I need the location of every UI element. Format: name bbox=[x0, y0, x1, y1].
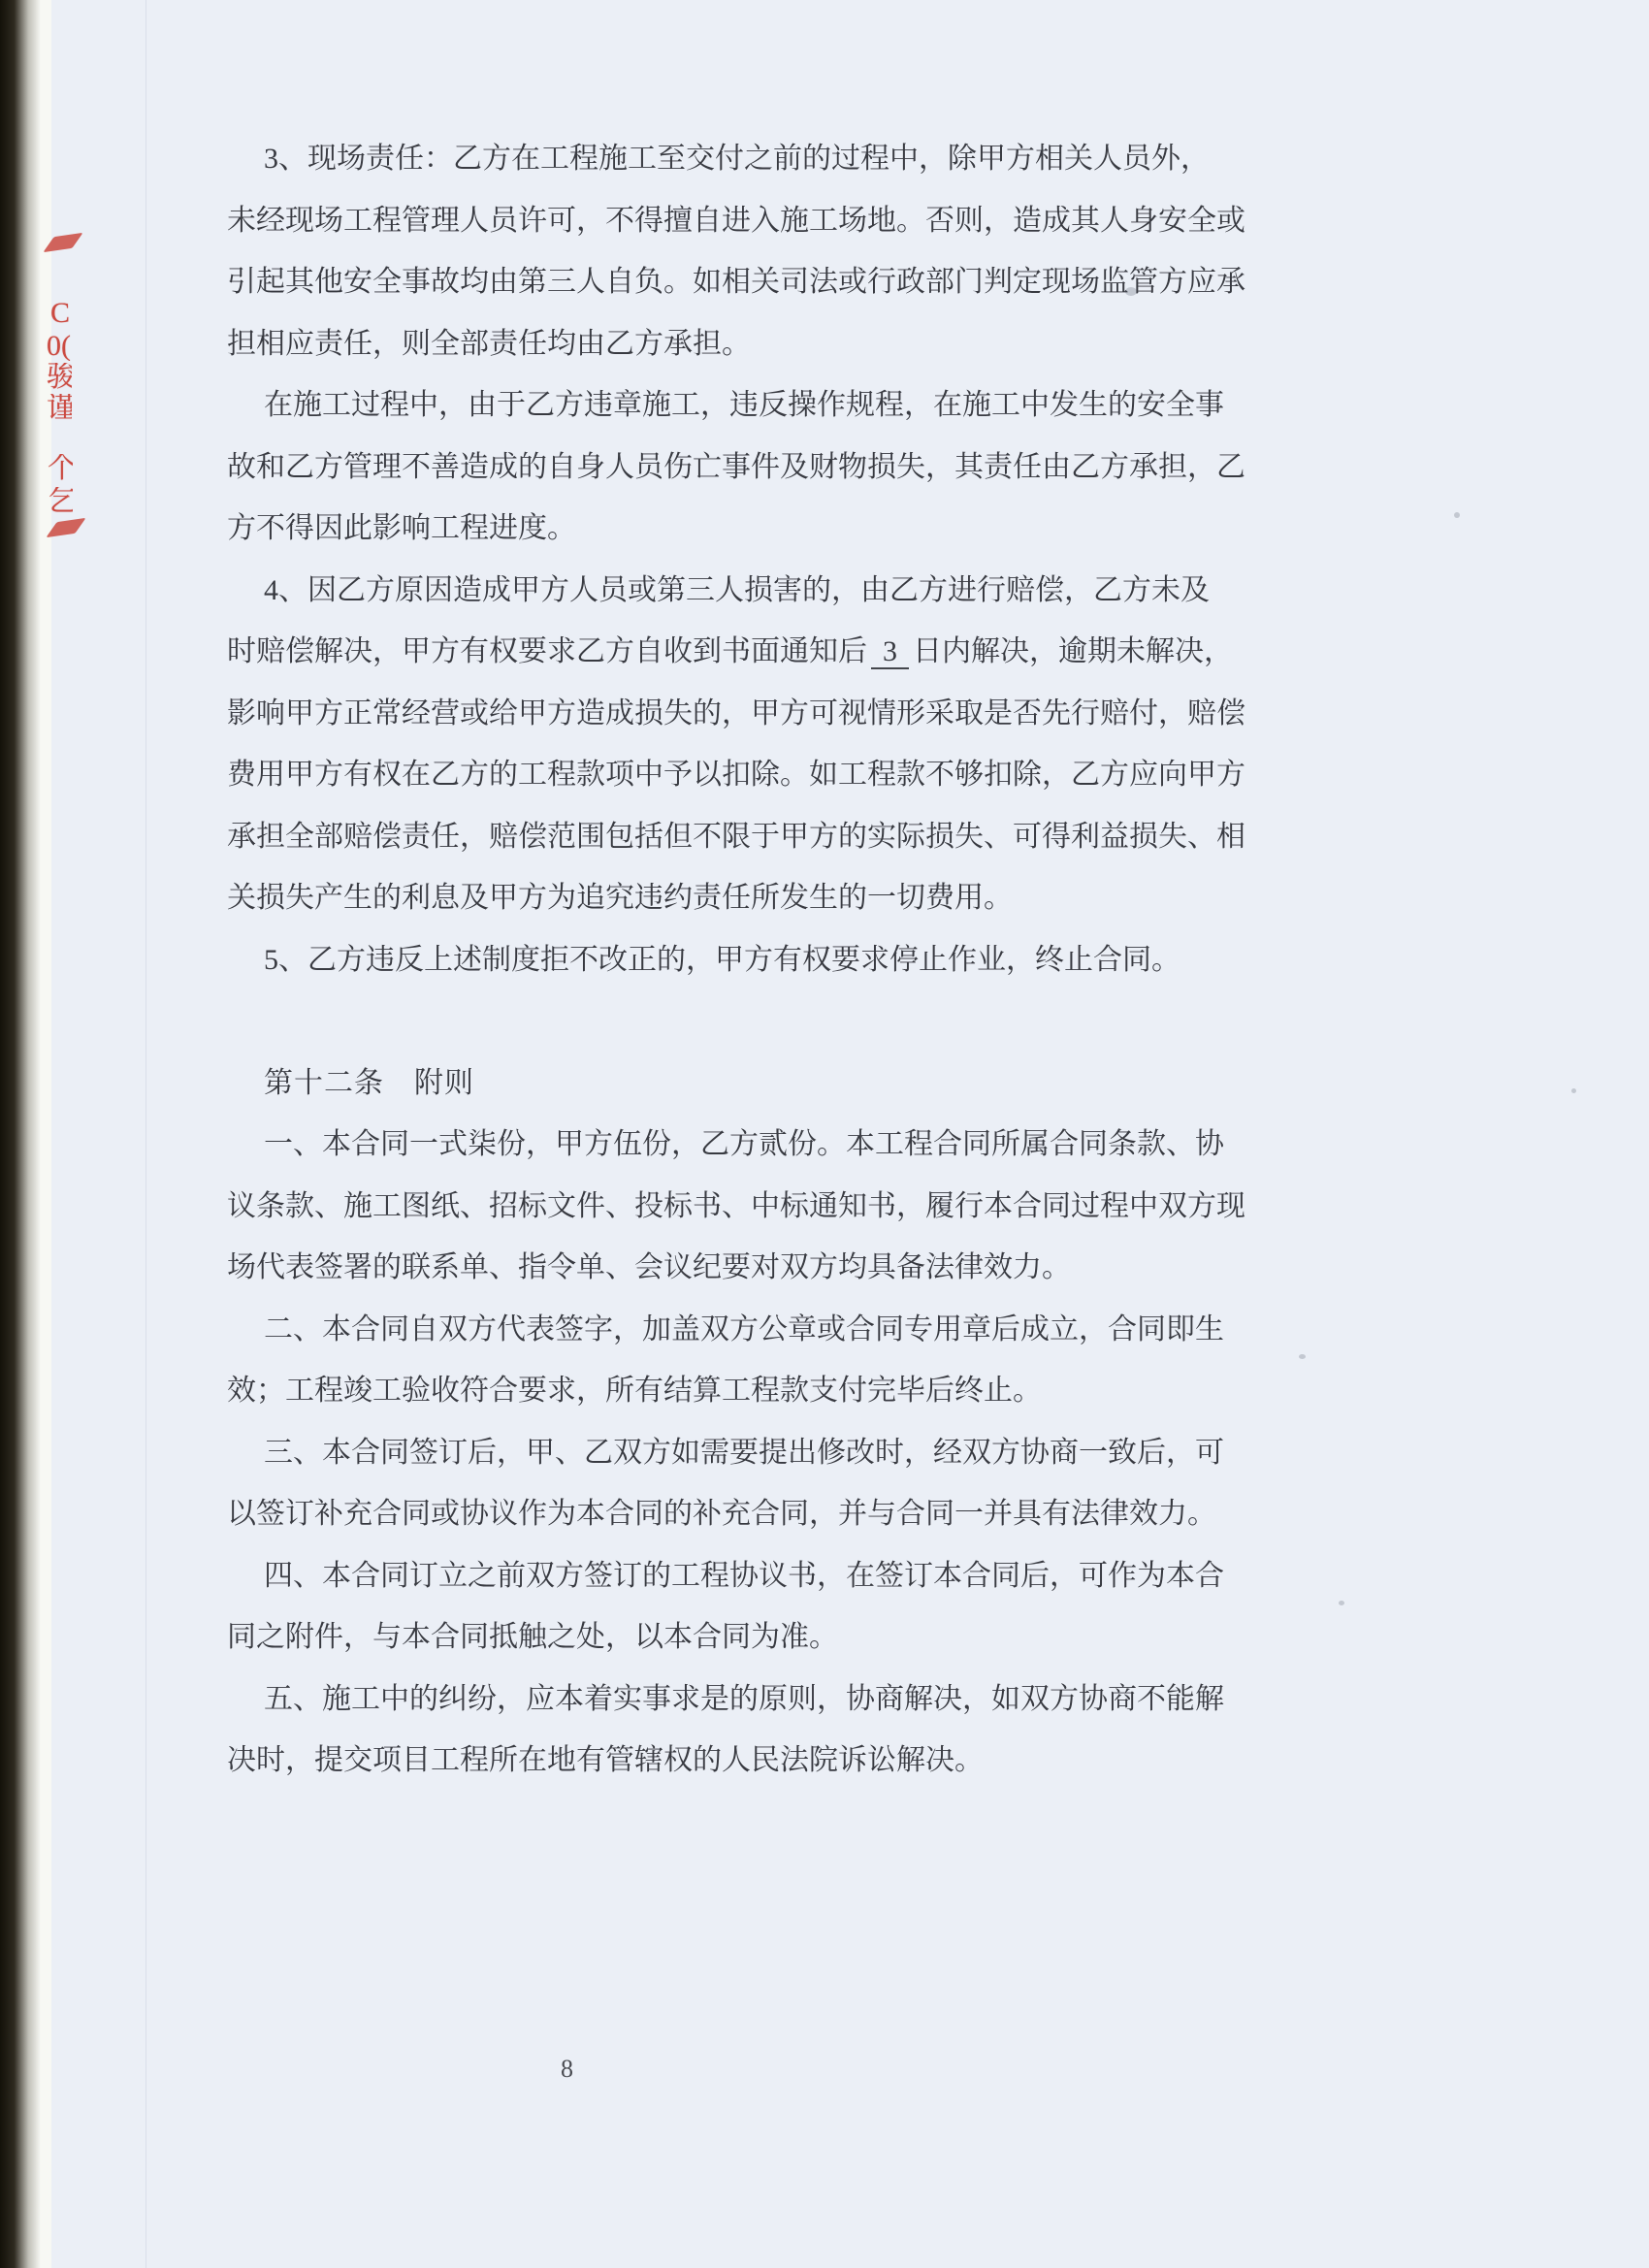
text-line: 五、施工中的纠纷，应本着实事求是的原则，协商解决，如双方协商不能解 bbox=[227, 1669, 1313, 1731]
text-line: 效；工程竣工验收符合要求，所有结算工程款支付完毕后终止。 bbox=[227, 1360, 1313, 1422]
section-heading: 第十二条 附则 bbox=[227, 1053, 1313, 1115]
text-line: 3、现场责任：乙方在工程施工至交付之前的过程中，除甲方相关人员外， bbox=[227, 128, 1313, 190]
filled-blank-value: 3 bbox=[871, 635, 909, 669]
text-line: 5、乙方违反上述制度拒不改正的，甲方有权要求停止作业，终止合同。 bbox=[227, 929, 1313, 991]
blank-line bbox=[227, 990, 1313, 1053]
text-line: 以签订补充合同或协议作为本合同的补充合同，并与合同一并具有法律效力。 bbox=[227, 1483, 1313, 1545]
text-line: 同之附件，与本合同抵触之处，以本合同为准。 bbox=[227, 1606, 1313, 1669]
scan-artifact bbox=[1299, 1354, 1306, 1359]
text-line: 三、本合同签订后，甲、乙双方如需要提出修改时，经双方协商一致后，可 bbox=[227, 1422, 1313, 1484]
text-line: 决时，提交项目工程所在地有管辖权的人民法院诉讼解决。 bbox=[227, 1730, 1313, 1792]
seal-glyph-fragment: 个 bbox=[48, 454, 73, 483]
text-line: 承担全部赔偿责任，赔偿范围包括但不限于甲方的实际损失、可得利益损失、相 bbox=[227, 806, 1313, 868]
scan-artifact bbox=[1454, 512, 1460, 518]
text-line: 故和乙方管理不善造成的自身人员伤亡事件及财物损失，其责任由乙方承担，乙 bbox=[227, 437, 1313, 499]
text-line: 场代表签署的联系单、指令单、会议纪要对双方均具备法律效力。 bbox=[227, 1237, 1313, 1299]
seal-glyph-fragment: 乞 bbox=[48, 487, 73, 516]
page-edge-line bbox=[145, 0, 146, 2268]
text-line: 在施工过程中，由于乙方违章施工，违反操作规程，在施工中发生的安全事 bbox=[227, 374, 1313, 437]
scan-artifact bbox=[1571, 1088, 1576, 1093]
contract-body-text: 3、现场责任：乙方在工程施工至交付之前的过程中，除甲方相关人员外，未经现场工程管… bbox=[227, 128, 1313, 1792]
text-line: 议条款、施工图纸、招标文件、投标书、中标通知书，履行本合同过程中双方现 bbox=[227, 1176, 1313, 1238]
text-line: 时赔偿解决，甲方有权要求乙方自收到书面通知后3日内解决，逾期未解决， bbox=[227, 621, 1313, 683]
seal-glyph-fragment: 骏 bbox=[47, 363, 72, 392]
text-line: 影响甲方正常经营或给甲方造成损失的，甲方可视情形采取是否先行赔付，赔偿 bbox=[227, 683, 1313, 745]
text-line: 4、因乙方原因造成甲方人员或第三人损害的，由乙方进行赔偿，乙方未及 bbox=[227, 560, 1313, 622]
text-line: 担相应责任，则全部责任均由乙方承担。 bbox=[227, 313, 1313, 375]
text-line: 方不得因此影响工程进度。 bbox=[227, 498, 1313, 560]
text-line: 四、本合同订立之前双方签订的工程协议书，在签订本合同后，可作为本合 bbox=[227, 1545, 1313, 1607]
text-line: 二、本合同自双方代表签字，加盖双方公章或合同专用章后成立，合同即生 bbox=[227, 1299, 1313, 1361]
text-line: 关损失产生的利息及甲方为追究违约责任所发生的一切费用。 bbox=[227, 867, 1313, 929]
page-number: 8 bbox=[561, 2055, 573, 2084]
scan-artifact bbox=[1339, 1601, 1344, 1605]
seal-glyph-fragment: 谨 bbox=[47, 394, 72, 423]
text-line: 未经现场工程管理人员许可，不得擅自进入施工场地。否则，造成其人身安全或 bbox=[227, 190, 1313, 252]
seal-glyph-fragment: C bbox=[50, 299, 76, 328]
text-line: 费用甲方有权在乙方的工程款项中予以扣除。如工程款不够扣除，乙方应向甲方 bbox=[227, 744, 1313, 806]
scan-artifact bbox=[1125, 287, 1137, 296]
binding-shadow bbox=[0, 0, 41, 2268]
seal-glyph-fragment: 0( bbox=[47, 332, 72, 361]
text-line: 引起其他安全事故均由第三人自负。如相关司法或行政部门判定现场监管方应承 bbox=[227, 251, 1313, 313]
seal-slash-mark bbox=[46, 518, 85, 537]
text-line: 一、本合同一式柒份，甲方伍份，乙方贰份。本工程合同所属合同条款、协 bbox=[227, 1114, 1313, 1176]
